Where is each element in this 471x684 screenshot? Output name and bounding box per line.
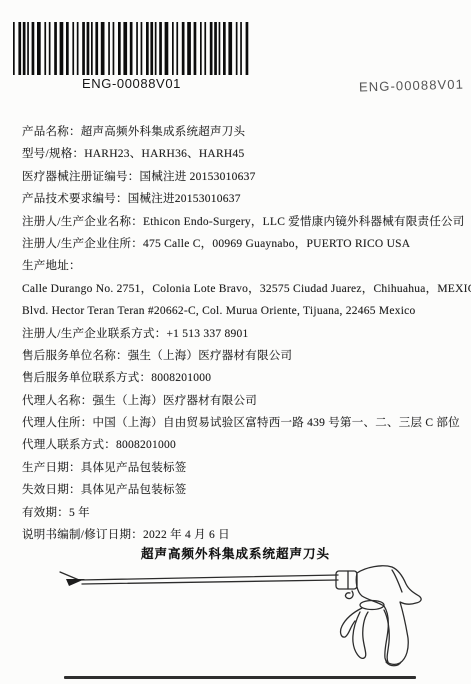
doc-line: 售后服务单位名称：强生（上海）医疗器材有限公司 xyxy=(22,345,467,367)
bottom-rule xyxy=(64,676,416,679)
doc-line: 产品技术要求编号：国械注进20153010637 xyxy=(22,188,467,210)
doc-line: 代理人名称：强生（上海）医疗器材有限公司 xyxy=(22,390,467,412)
doc-line: 生产地址： xyxy=(22,255,467,277)
barcode xyxy=(13,22,250,75)
document-page: ENG-00088V01 ENG-00088V01 产品名称：超声高频外科集成系… xyxy=(0,0,471,684)
doc-line: 医疗器械注册证编号：国械注进 20153010637 xyxy=(22,166,467,188)
barcode-caption: ENG-00088V01 xyxy=(13,76,250,91)
doc-line: 失效日期：具体见产品包装标签 xyxy=(22,479,467,501)
doc-line: 代理人联系方式：8008201000 xyxy=(22,434,467,456)
doc-line: 型号/规格：HARH23、HARH36、HARH45 xyxy=(22,143,467,165)
doc-line: Blvd. Hector Teran Teran #20662-C, Col. … xyxy=(22,300,467,322)
doc-line: 注册人/生产企业住所：475 Calle C，00969 Guaynabo，PU… xyxy=(22,233,467,255)
doc-line: 售后服务单位联系方式：8008201000 xyxy=(22,367,467,389)
doc-line: 产品名称：超声高频外科集成系统超声刀头 xyxy=(22,121,467,143)
doc-line: 生产日期：具体见产品包装标签 xyxy=(22,457,467,479)
doc-line: 注册人/生产企业名称：Ethicon Endo-Surgery，LLC 爱惜康内… xyxy=(22,211,467,233)
doc-line: 代理人住所：中国（上海）自由贸易试验区富特西一路 439 号第一、二、三层 C … xyxy=(22,412,467,434)
doc-lines: 产品名称：超声高频外科集成系统超声刀头型号/规格：HARH23、HARH36、H… xyxy=(22,121,467,546)
doc-line: Calle Durango No. 2751，Colonia Lote Brav… xyxy=(22,278,467,300)
instrument-illustration-icon xyxy=(0,560,471,672)
corner-code: ENG-00088V01 xyxy=(359,77,464,95)
doc-line: 注册人/生产企业联系方式：+1 513 337 8901 xyxy=(22,323,467,345)
doc-line: 有效期：5 年 xyxy=(22,502,467,524)
